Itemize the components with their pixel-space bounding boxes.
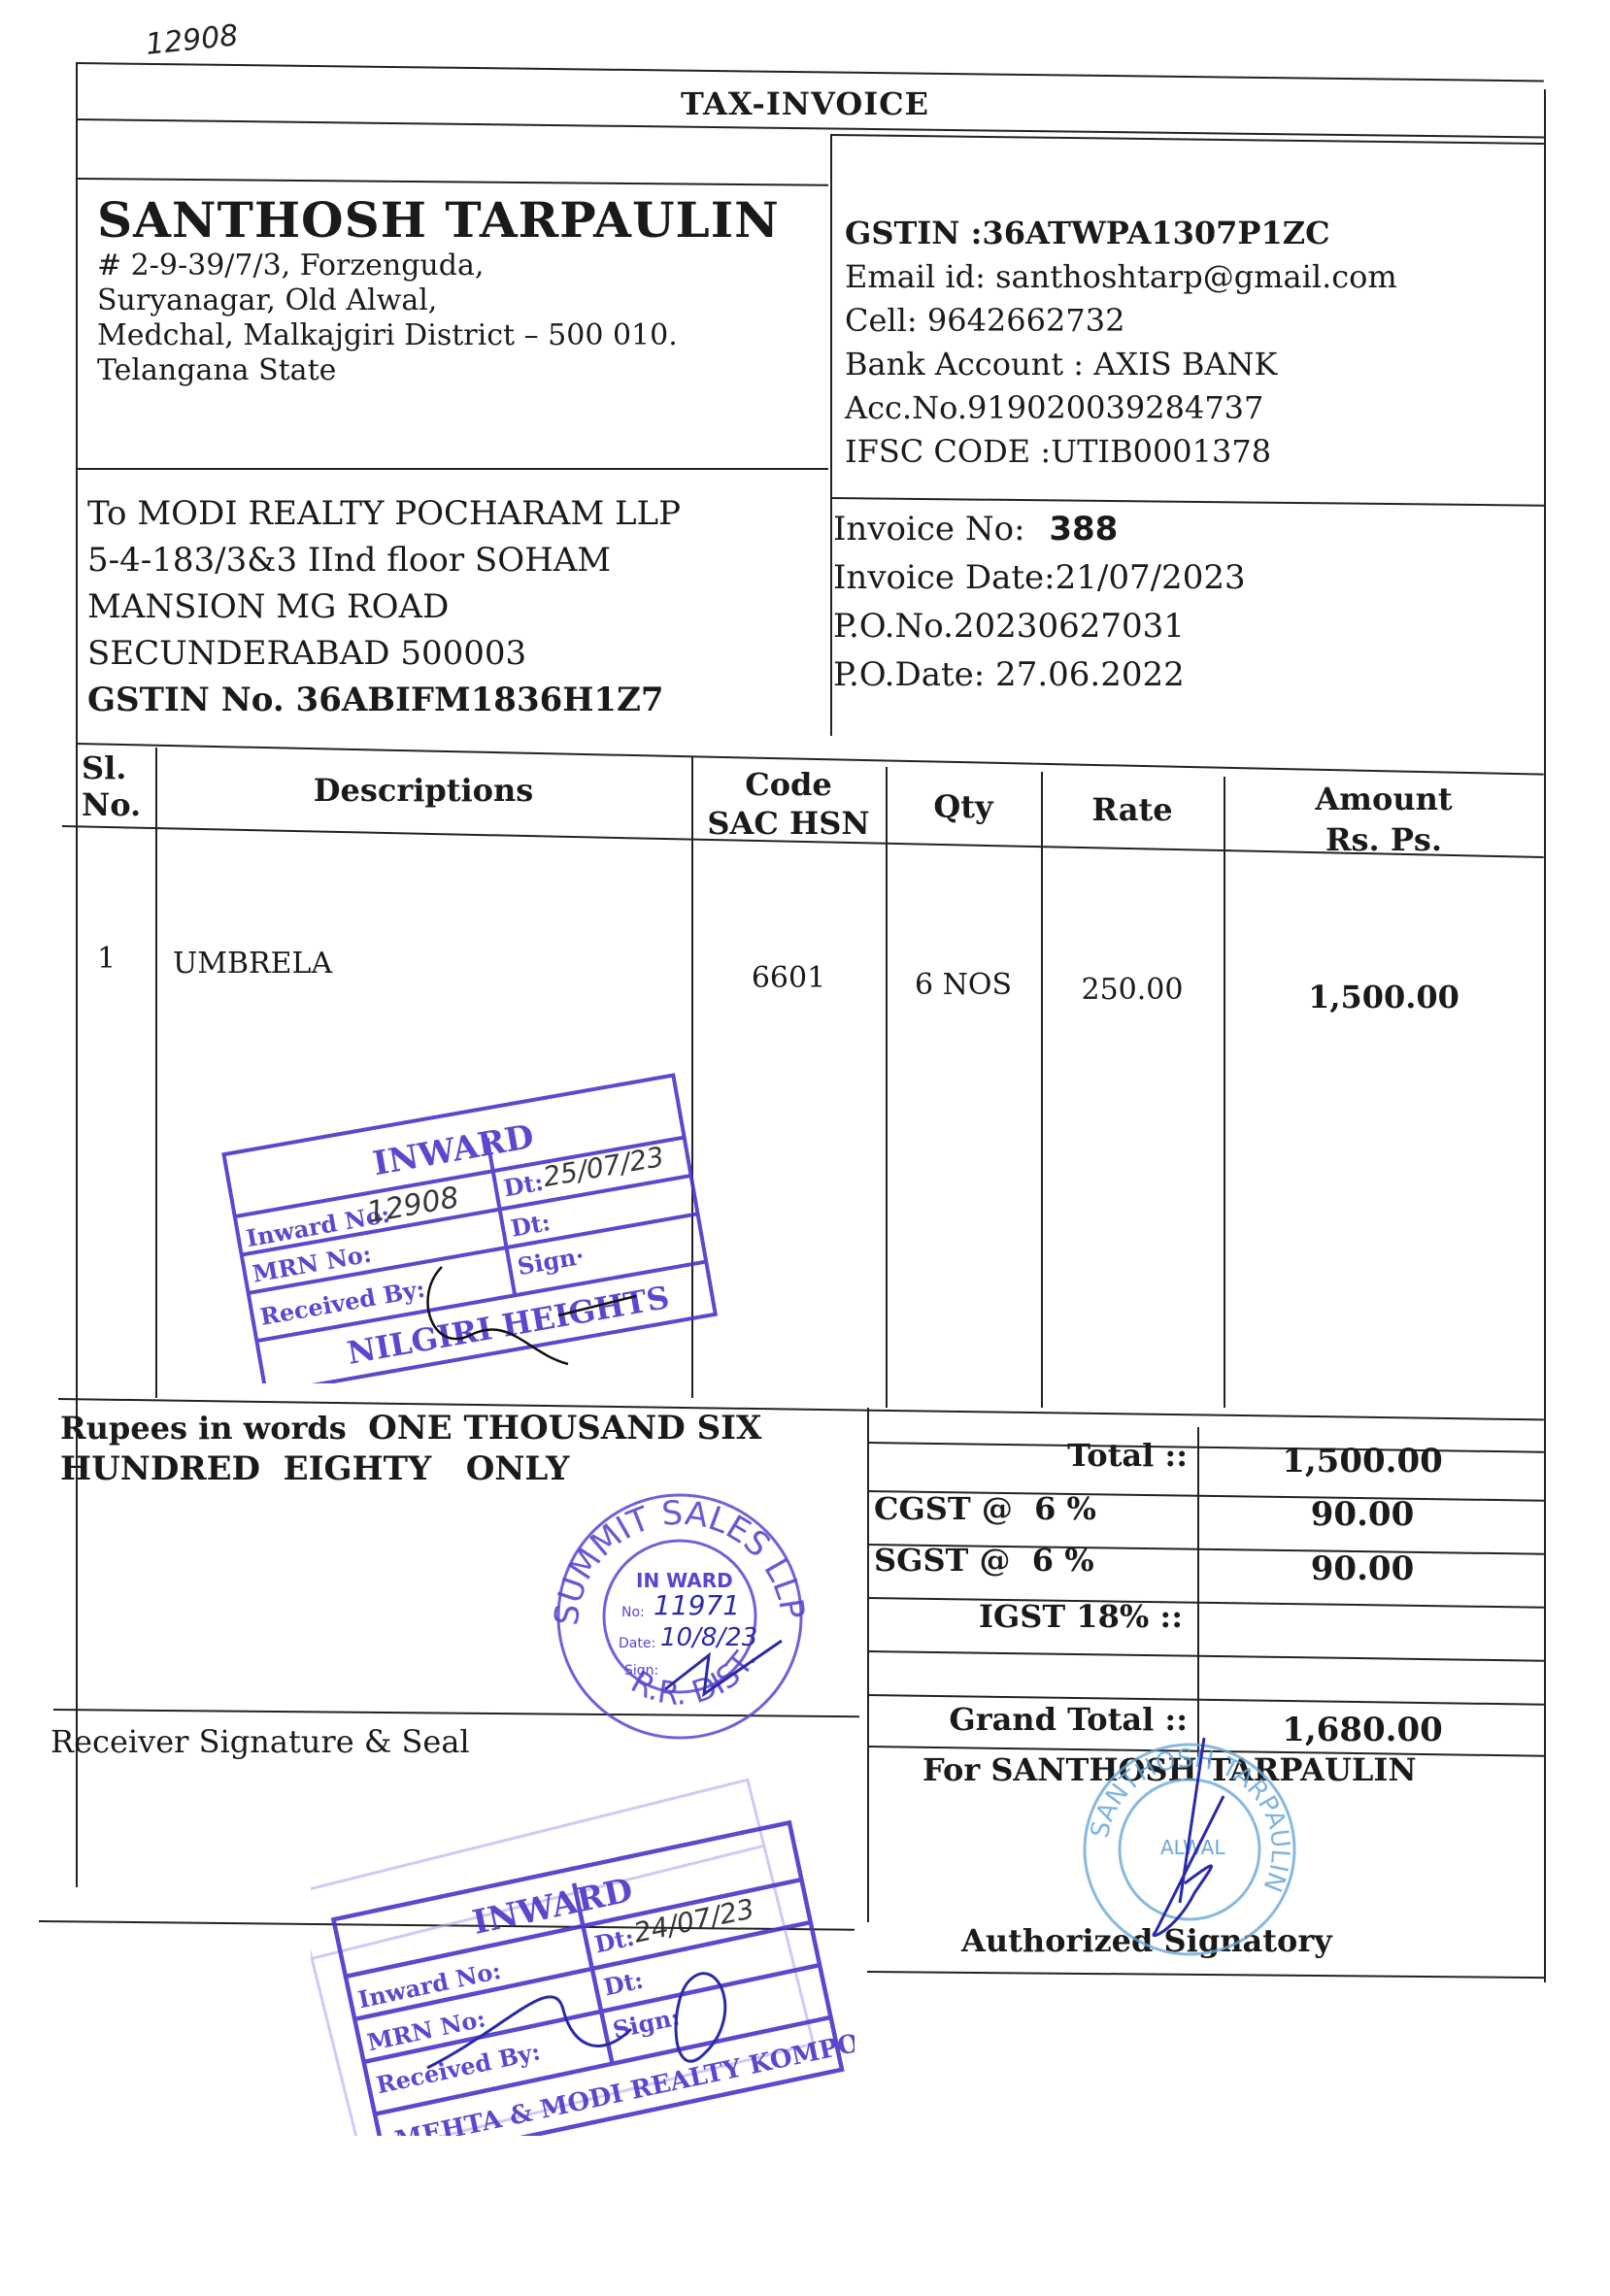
seller-address-line: Telangana State [97,353,780,388]
header-description: Descriptions [155,772,691,809]
row-rate: 250.00 [1041,973,1224,1007]
header-code: CodeSAC HSN [691,765,886,843]
buyer-name: To MODI REALTY POCHARAM LLP [87,490,681,537]
total-label: Total :: [867,1437,1188,1474]
handwritten-reference: 12908 [144,18,240,62]
seller-company-seal: SANTHOSH TARPAULIN ALWAL [1078,1738,1301,1961]
seller-address-line: # 2-9-39/7/3, Forzenguda, [97,249,780,283]
row-sl-no: 1 [97,942,116,976]
svg-text:SANTHOSH TARPAULIN: SANTHOSH TARPAULIN [1086,1745,1295,1896]
header-rate: Rate [1041,791,1224,828]
buyer-block: To MODI REALTY POCHARAM LLP 5-4-183/3&3 … [87,490,681,723]
seller-gstin: GSTIN :36ATWPA1307P1ZC [845,212,1397,255]
sgst-label: SGST @ 6 % [874,1542,1094,1579]
seller-bank: Bank Account : AXIS BANK [845,343,1397,386]
svg-text:Dt:: Dt: [509,1208,553,1243]
amount-in-words-line1: ONE THOUSAND SIX [368,1409,761,1447]
svg-text:Date:: Date: [619,1636,655,1651]
grand-total-label: Grand Total :: [867,1701,1188,1738]
header-sl-no: Sl.No. [82,749,150,823]
buyer-address-line: SECUNDERABAD 500003 [87,630,681,677]
po-date: P.O.Date: 27.06.2022 [833,650,1246,699]
row-description: UMBRELA [173,947,332,981]
seller-address: # 2-9-39/7/3, Forzenguda, Suryanagar, Ol… [97,249,780,388]
seller-account: Acc.No.919020039284737 [845,386,1397,430]
svg-text:Dt:: Dt: [601,1966,646,2002]
sgst-value: 90.00 [1197,1549,1527,1588]
svg-text:Sign:: Sign: [624,1663,658,1679]
seller-address-line: Suryanagar, Old Alwal, [97,283,780,318]
seller-name: SANTHOSH TARPAULIN [97,192,780,249]
header-amount: AmountRs. Ps. [1224,779,1544,860]
svg-text:10/8/23: 10/8/23 [660,1623,757,1652]
invoice-number-label: Invoice No: [833,510,1025,549]
seller-cell: Cell: 9642662732 [845,299,1397,343]
seller-address-line: Medchal, Malkajgiri District – 500 010. [97,318,780,353]
invoice-number: 388 [1049,510,1118,549]
total-value: 1,500.00 [1197,1442,1527,1481]
svg-text:Dt:: Dt: [592,1923,637,1959]
header-qty: Qty [886,788,1041,825]
buyer-address-line: MANSION MG ROAD [87,583,681,630]
invoice-date: Invoice Date:21/07/2023 [833,553,1246,602]
svg-text:25/07/23: 25/07/23 [541,1141,667,1193]
cgst-value: 90.00 [1197,1495,1527,1534]
document-title: TAX-INVOICE [0,85,1610,122]
po-number: P.O.No.20230627031 [833,602,1246,650]
buyer-gstin: GSTIN No. 36ABIFM1836H1Z7 [87,677,681,723]
amount-in-words: Rupees in words ONE THOUSAND SIX HUNDRED… [60,1408,761,1489]
inward-stamp-nilgiri: INWARD Inward No: 12908 Dt: 25/07/23 Dt:… [218,1044,733,1383]
svg-text:No:: No: [621,1605,645,1620]
invoice-meta-block: Invoice No: 388 Invoice Date:21/07/2023 … [833,505,1246,699]
seller-block: SANTHOSH TARPAULIN # 2-9-39/7/3, Forzeng… [97,192,780,388]
receiver-signature-label: Receiver Signature & Seal [50,1723,470,1760]
amount-in-words-label: Rupees in words [60,1410,347,1447]
cgst-label: CGST @ 6 % [874,1490,1096,1527]
summit-sales-round-stamp: SUMMIT SALES LLP R.R. DIST. IN WARD No: … [539,1481,821,1743]
svg-text:Sign·: Sign· [516,1242,587,1281]
inward-stamp-mehta-modi: INWARD Inward No: Dt: 24/07/23 Dt: MRN N… [311,1777,855,2136]
svg-text:Dt:: Dt: [501,1168,545,1203]
igst-label: IGST 18% :: [867,1598,1183,1635]
seller-email: Email id: santhoshtarp@gmail.com [845,255,1397,299]
row-code: 6601 [691,961,886,995]
svg-text:11971: 11971 [654,1589,740,1621]
invoice-number-row: Invoice No: 388 [833,505,1246,553]
row-qty: 6 NOS [886,968,1041,1002]
row-amount: 1,500.00 [1224,979,1544,1015]
seller-ifsc: IFSC CODE :UTIB0001378 [845,430,1397,474]
seller-contact-block: GSTIN :36ATWPA1307P1ZC Email id: santhos… [845,212,1397,474]
buyer-address-line: 5-4-183/3&3 IInd floor SOHAM [87,537,681,583]
